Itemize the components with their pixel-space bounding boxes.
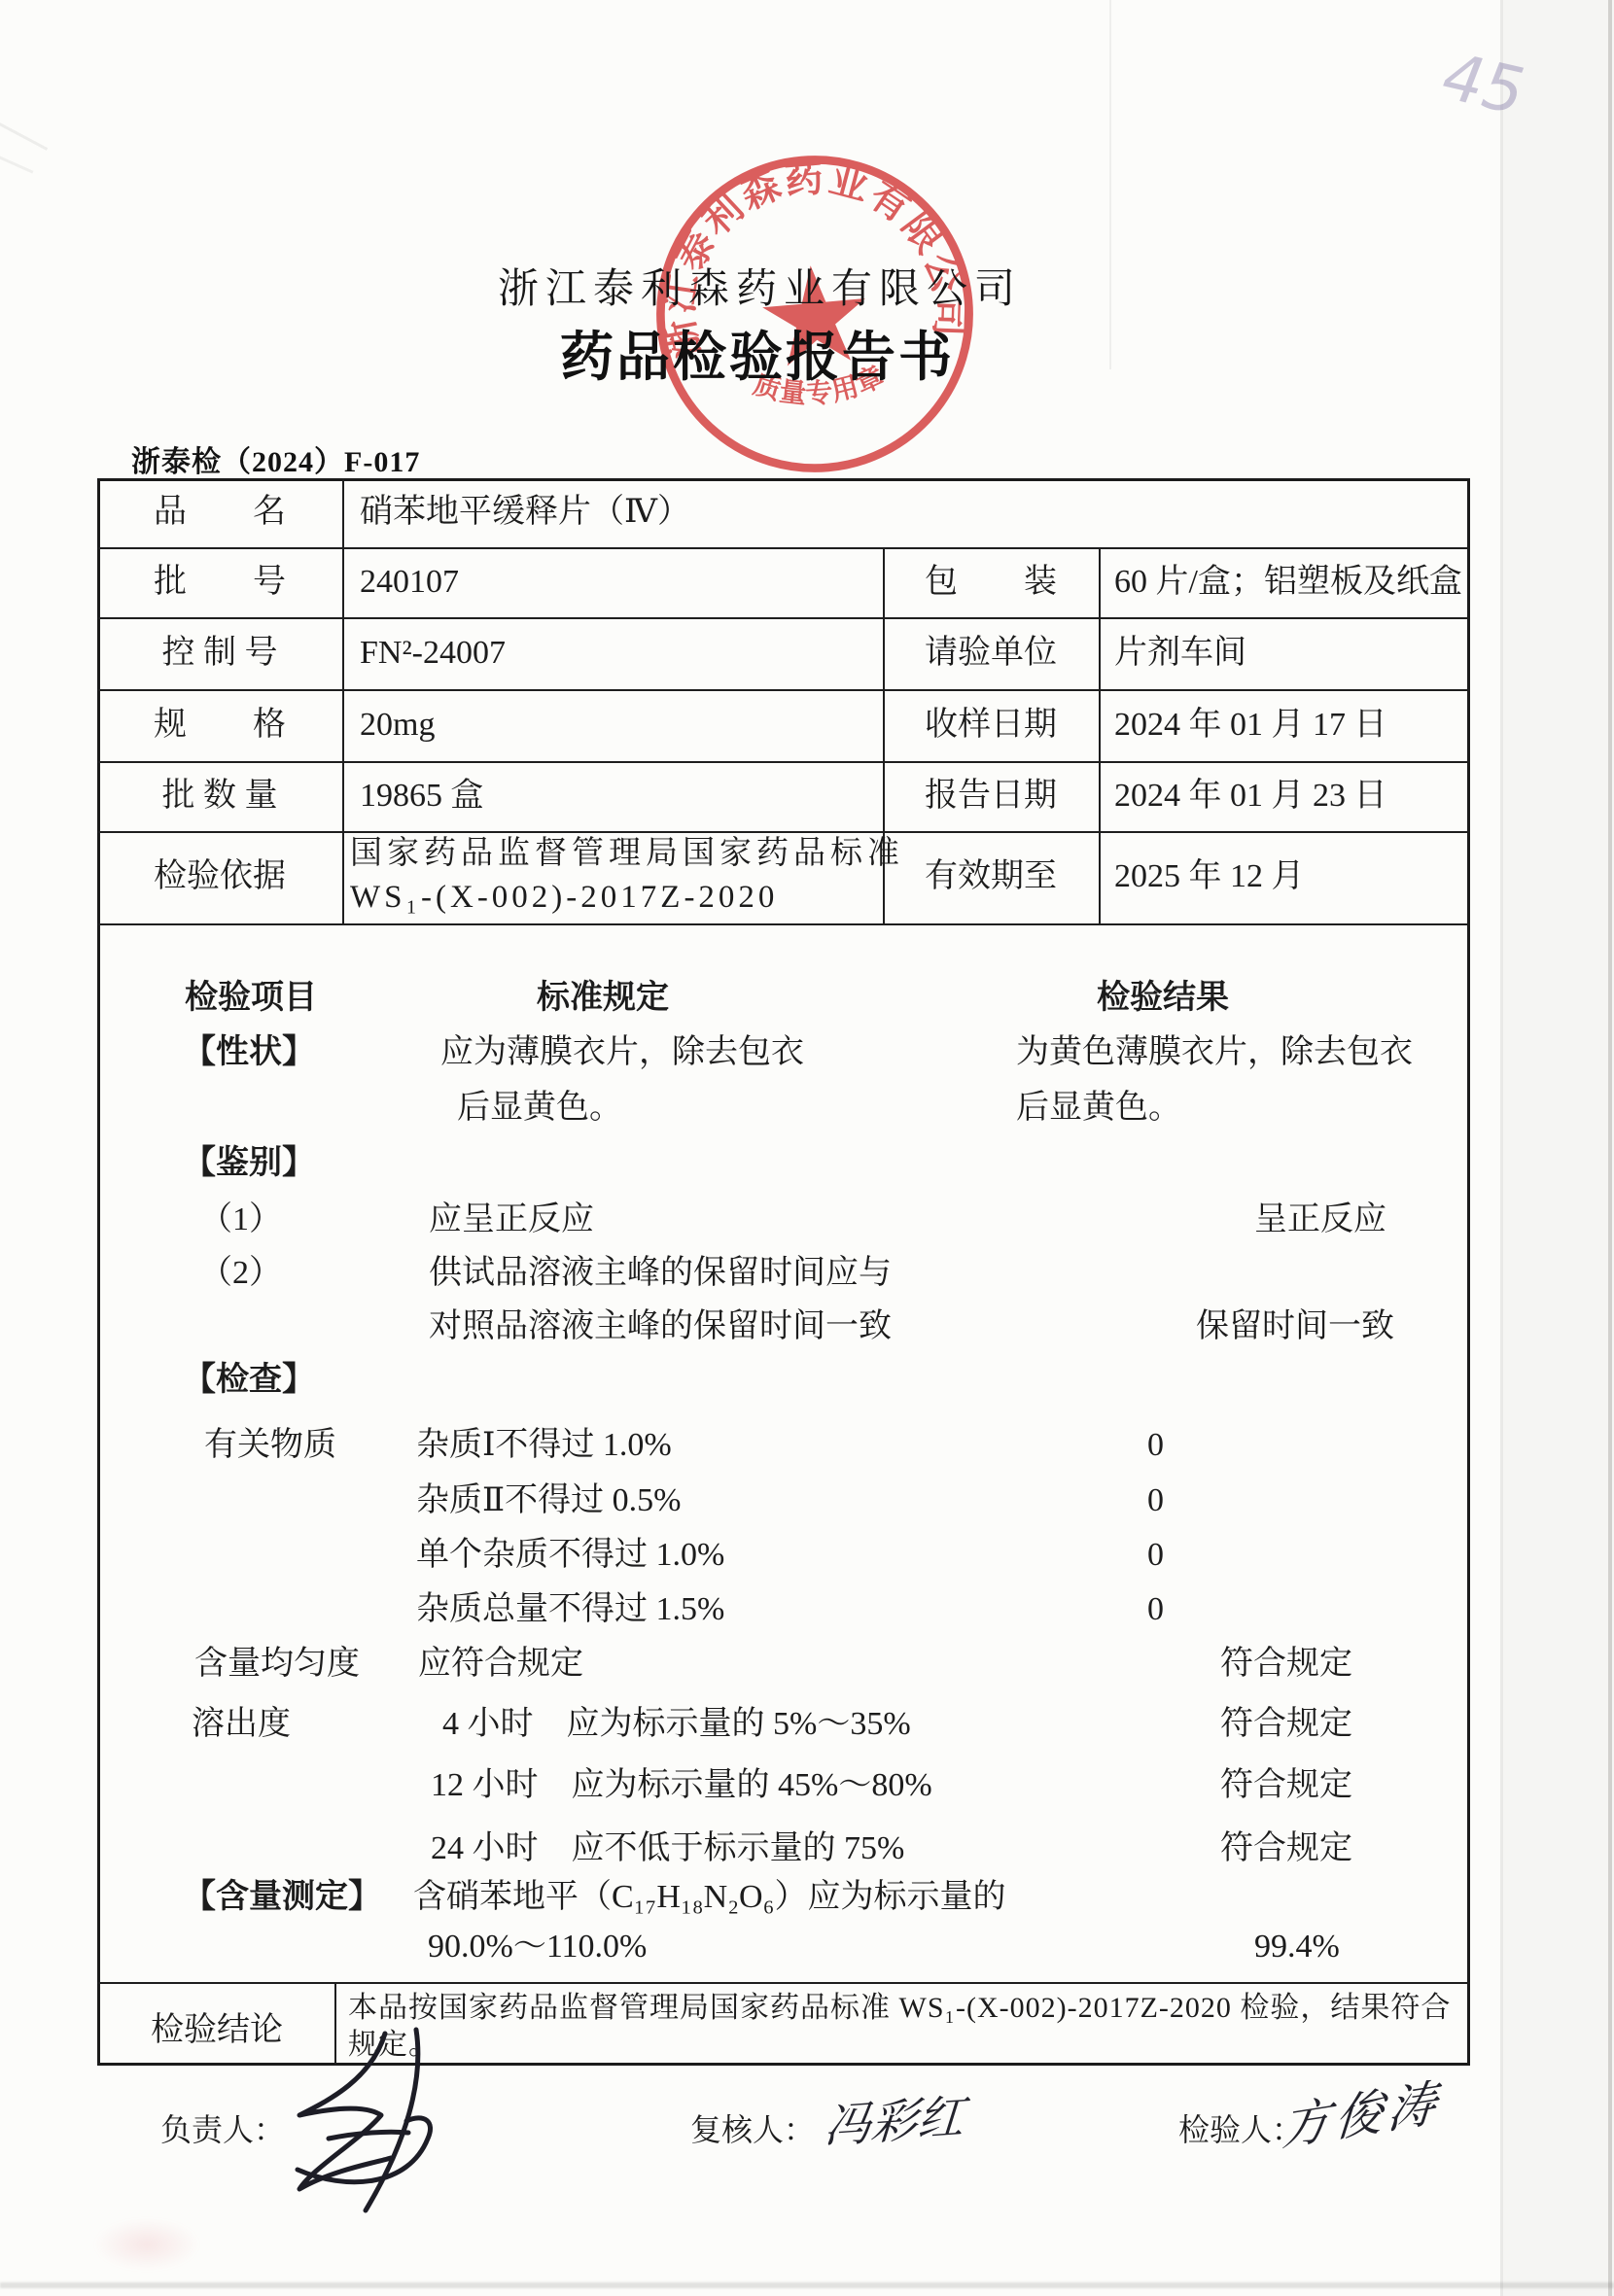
col-header-result: 检验结果 [1097,977,1229,1020]
inspection-row: 杂质Ⅱ不得过 0.5% 0 [0,1479,1614,1522]
info-label-batch: 批 号 [97,561,342,604]
table-rule [1099,547,1101,923]
table-rule [97,547,1470,549]
standard-text: 单个杂质不得过 1.0% [416,1534,724,1577]
reviewer-label: 复核人： [690,2105,815,2150]
item-label: 【性状】 [183,1031,315,1074]
info-value-sample-date: 2024 年 01 月 17 日 [1114,704,1387,747]
company-title: 浙江泰利森药业有限公司 [498,268,1022,311]
result-text: 0 [1147,1534,1164,1577]
info-label-product: 品 名 [97,491,342,534]
result-text: 符合规定 [1220,1827,1352,1870]
item-label: 【鉴别】 [183,1142,315,1185]
inspector-signature: 方俊涛 [1280,2063,1444,2160]
standard-text: 杂质Ⅱ不得过 0.5% [416,1479,681,1522]
col-header-standard: 标准规定 [537,977,669,1020]
info-value-report-date: 2024 年 01 月 23 日 [1114,775,1387,818]
table-rule [97,617,1470,619]
doc-number: 浙泰检（2024）F-017 [131,437,420,480]
standard-text: 杂质Ⅰ不得过 1.0% [416,1424,672,1467]
info-label-report-date: 报告日期 [883,775,1099,818]
info-value-basis: 国家药品监督管理局国家药品标准 WS₁-(X-002)-2017Z-2020 [350,832,904,920]
standard-text: 12 小时 应为标示量的 45%～80% [431,1764,932,1807]
standard-text: 应为薄膜衣片，除去包衣 [440,1031,804,1074]
standard-text: 应符合规定 [418,1643,583,1686]
standard-text: 4 小时 应为标示量的 5%～35% [442,1703,911,1746]
result-text: 符合规定 [1220,1703,1352,1746]
info-label-spec: 规 格 [97,704,342,747]
handwritten-page-mark: 45 [1430,40,1537,128]
info-value-product: 硝苯地平缓释片（Ⅳ） [360,491,690,534]
info-label-control-no: 控 制 号 [97,632,342,675]
standard-text: 24 小时 应不低于标示量的 75% [431,1827,904,1870]
result-text: 呈正反应 [1254,1199,1386,1241]
info-value-valid-until: 2025 年 12 月 [1114,855,1305,898]
result-text: 后显黄色。 [1016,1087,1181,1130]
inspection-row: 24 小时 应不低于标示量的 75% 符合规定 [0,1827,1614,1870]
supervisor-label: 负责人： [160,2105,285,2150]
item-label: （1） [199,1199,282,1241]
info-label-packaging: 包 装 [883,561,1099,604]
item-label: 有关物质 [204,1424,336,1467]
standard-text: 后显黄色。 [457,1087,622,1130]
result-text: 99.4% [1254,1926,1340,1968]
paper-crease [1109,0,1111,369]
inspection-row: 单个杂质不得过 1.0% 0 [0,1534,1614,1577]
basis-standard-name: 国家药品监督管理局国家药品标准 [350,832,904,876]
standard-text: 含硝苯地平（C₁₇H₁₈N₂O₆）应为标示量的 [413,1876,1005,1919]
inspection-row: 90.0%～110.0% 99.4% [0,1926,1614,1968]
info-label-batch-qty: 批 数 量 [97,775,342,818]
info-value-packaging: 60 片/盒；铝塑板及纸盒 [1114,561,1462,604]
result-text: 符合规定 [1220,1764,1352,1807]
standard-text: 供试品溶液主峰的保留时间应与 [429,1252,892,1295]
standard-text: 对照品溶液主峰的保留时间一致 [429,1305,892,1348]
result-text: 0 [1147,1424,1164,1467]
info-label-basis: 检验依据 [97,855,342,898]
inspection-row: 有关物质 杂质Ⅰ不得过 1.0% 0 [0,1424,1614,1467]
inspection-row: 含量均匀度 应符合规定 符合规定 [0,1643,1614,1686]
inspection-row: 对照品溶液主峰的保留时间一致 保留时间一致 [0,1305,1614,1348]
standard-text: 90.0%～110.0% [428,1926,647,1968]
report-page: 45 浙江泰利森药业有限公司 质量专用章 浙江泰利森药业有限公司 药品检验报告书… [0,0,1614,2296]
item-label: 【含量测定】 [183,1876,381,1919]
table-rule [97,761,1470,763]
ink-smudge [93,2218,200,2271]
scan-streak [0,121,48,151]
result-text: 保留时间一致 [1196,1305,1394,1348]
inspection-row: 12 小时 应为标示量的 45%～80% 符合规定 [0,1764,1614,1807]
item-label: 【检查】 [183,1359,315,1402]
standard-text: 应呈正反应 [429,1199,594,1241]
scan-bottom-shadow [0,2282,1614,2288]
supervisor-signature [270,2024,479,2223]
info-value-batch: 240107 [360,561,459,604]
inspection-row: 【含量测定】 含硝苯地平（C₁₇H₁₈N₂O₆）应为标示量的 [0,1876,1614,1919]
info-value-spec: 20mg [360,704,435,747]
info-label-requesting-unit: 请验单位 [883,632,1099,675]
conclusion-text: 本品按国家药品监督管理局国家药品标准 WS₁-(X-002)-2017Z-202… [348,1990,1462,2064]
item-label: 溶出度 [192,1703,291,1746]
inspection-row: 杂质总量不得过 1.5% 0 [0,1588,1614,1631]
result-text: 0 [1147,1479,1164,1522]
basis-standard-code: WS₁-(X-002)-2017Z-2020 [350,876,904,920]
table-rule [97,689,1470,691]
result-text: 符合规定 [1220,1643,1352,1686]
inspection-header-row: 检验项目 标准规定 检验结果 [0,977,1614,1020]
info-value-control-no: FN²-24007 [360,632,506,675]
item-label: （2） [199,1252,282,1295]
report-title: 药品检验报告书 [560,330,955,386]
scan-streak [0,152,34,173]
info-label-sample-date: 收样日期 [883,704,1099,747]
inspection-row: 【性状】 应为薄膜衣片，除去包衣 为黄色薄膜衣片，除去包衣 [0,1031,1614,1074]
result-text: 0 [1147,1588,1164,1631]
table-rule [97,923,1470,925]
inspection-row: （1） 应呈正反应 呈正反应 [0,1199,1614,1241]
item-label: 含量均匀度 [194,1643,360,1686]
info-value-batch-qty: 19865 盒 [360,775,484,818]
reviewer-signature: 冯彩红 [823,2079,967,2157]
company-seal-stamp: 浙江泰利森药业有限公司 质量专用章 [642,146,988,482]
inspection-row: 【鉴别】 [0,1142,1614,1185]
inspection-row: 溶出度 4 小时 应为标示量的 5%～35% 符合规定 [0,1703,1614,1746]
col-header-item: 检验项目 [185,977,317,1020]
table-rule [342,478,344,923]
inspection-row: 【检查】 [0,1359,1614,1402]
inspection-row: （2） 供试品溶液主峰的保留时间应与 [0,1252,1614,1295]
inspection-row: 后显黄色。 后显黄色。 [0,1087,1614,1130]
standard-text: 杂质总量不得过 1.5% [416,1588,724,1631]
info-label-valid-until: 有效期至 [883,855,1099,898]
result-text: 为黄色薄膜衣片，除去包衣 [1016,1031,1413,1074]
info-value-requesting-unit: 片剂车间 [1114,632,1246,675]
table-rule [97,1982,1470,1984]
